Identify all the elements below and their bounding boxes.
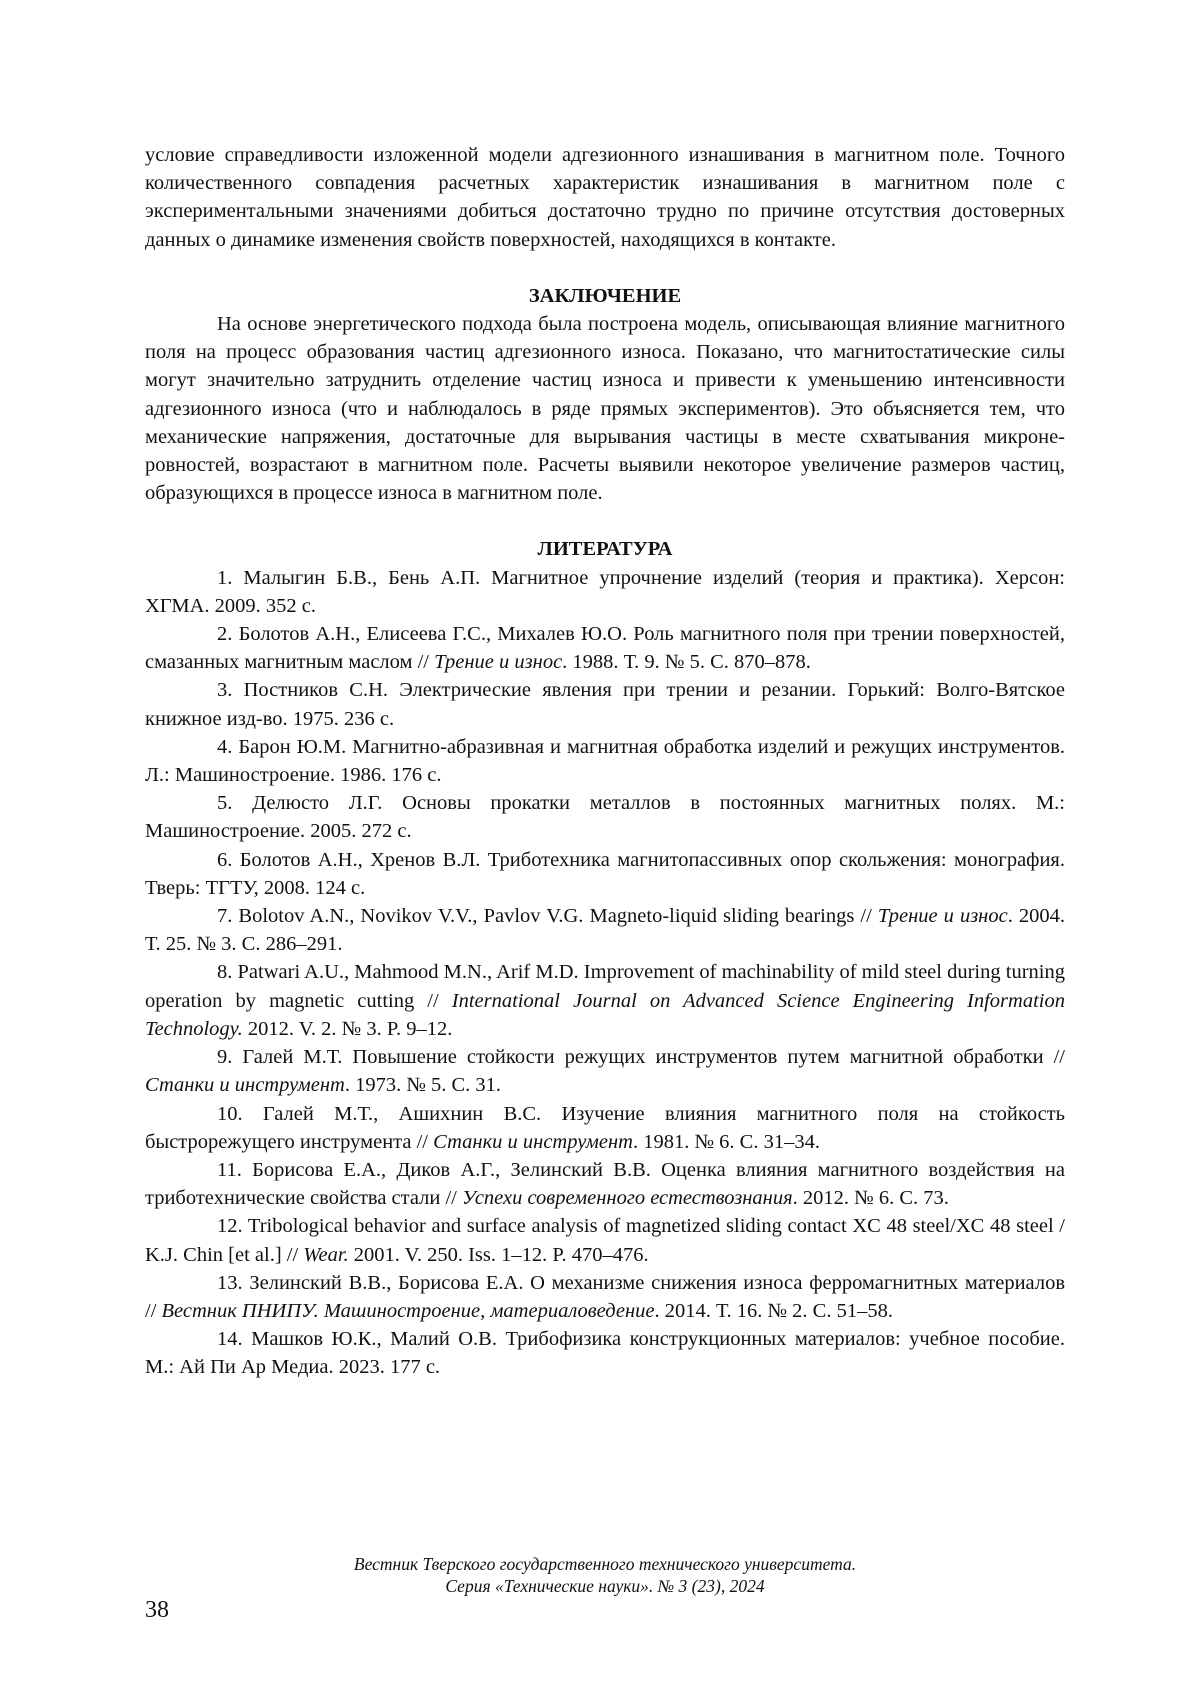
reference-text: 6. Болотов А.Н., Хренов В.Л. Триботехник… — [145, 849, 1065, 899]
reference-item: 5. Делюсто Л.Г. Основы прокатки металлов… — [145, 789, 1065, 845]
reference-details: 2001. V. 250. Iss. 1–12. P. 470–476. — [349, 1244, 649, 1266]
reference-text: 14. Машков Ю.К., Малий О.В. Трибофизика … — [145, 1328, 1065, 1378]
reference-source-title: Успехи современного естествознания — [462, 1187, 793, 1209]
reference-item: 2. Болотов А.Н., Елисеева Г.С., Михалев … — [145, 620, 1065, 676]
reference-source-title: Станки и инструмент — [433, 1131, 633, 1153]
reference-details: . 2014. Т. 16. № 2. С. 51–58. — [655, 1300, 893, 1322]
reference-text: 7. Bolotov A.N., Novikov V.V., Pavlov V.… — [217, 905, 878, 927]
reference-source-title: Трение и износ — [434, 651, 562, 673]
reference-text: 9. Галей М.Т. Повышение стойкости режущи… — [217, 1046, 1065, 1068]
reference-item: 10. Галей М.Т., Ашихнин В.С. Изучение вл… — [145, 1100, 1065, 1156]
reference-item: 12. Tribological behavior and surface an… — [145, 1212, 1065, 1268]
reference-text: 1. Малыгин Б.В., Бень А.П. Магнитное упр… — [145, 567, 1065, 617]
reference-item: 14. Машков Ю.К., Малий О.В. Трибофизика … — [145, 1325, 1065, 1381]
reference-source-title: Wear. — [303, 1244, 348, 1266]
reference-details: . 1981. № 6. С. 31–34. — [633, 1131, 820, 1153]
intro-paragraph: условие справедливости изложенной модели… — [145, 141, 1065, 254]
reference-source-title: Станки и инструмент — [145, 1074, 345, 1096]
reference-item: 4. Барон Ю.М. Магнитно-абразивная и магн… — [145, 733, 1065, 789]
conclusion-text: На основе энергетического подхода была п… — [145, 310, 1065, 507]
reference-source-title: Трение и износ — [878, 905, 1008, 927]
reference-source-title: Вестник ПНИПУ. Машиностроение, материало… — [162, 1300, 655, 1322]
reference-text: 3. Постников С.Н. Электрические явления … — [145, 679, 1065, 729]
footer-journal-title: Вестник Тверского государственного техни… — [145, 1553, 1065, 1575]
reference-list: 1. Малыгин Б.В., Бень А.П. Магнитное упр… — [145, 564, 1065, 1382]
reference-details: . 1973. № 5. С. 31. — [345, 1074, 501, 1096]
reference-item: 6. Болотов А.Н., Хренов В.Л. Триботехник… — [145, 846, 1065, 902]
reference-details: . 2012. № 6. С. 73. — [793, 1187, 949, 1209]
reference-item: 3. Постников С.Н. Электрические явления … — [145, 676, 1065, 732]
reference-item: 13. Зелинский В.В., Борисова Е.А. О меха… — [145, 1269, 1065, 1325]
footer-series-issue: Серия «Технические науки». № 3 (23), 202… — [145, 1575, 1065, 1597]
page-body: условие справедливости изложенной модели… — [145, 141, 1065, 1382]
reference-item: 11. Борисова Е.А., Диков А.Г., Зелинский… — [145, 1156, 1065, 1212]
reference-item: 9. Галей М.Т. Повышение стойкости режущи… — [145, 1043, 1065, 1099]
reference-details: . 1988. Т. 9. № 5. С. 870–878. — [562, 651, 811, 673]
conclusion-heading: ЗАКЛЮЧЕНИЕ — [145, 282, 1065, 310]
references-heading: ЛИТЕРАТУРА — [145, 535, 1065, 563]
reference-item: 1. Малыгин Б.В., Бень А.П. Магнитное упр… — [145, 564, 1065, 620]
reference-item: 7. Bolotov A.N., Novikov V.V., Pavlov V.… — [145, 902, 1065, 958]
page-number: 38 — [145, 1597, 169, 1624]
reference-item: 8. Patwari A.U., Mahmood M.N., Arif M.D.… — [145, 958, 1065, 1043]
reference-text: 5. Делюсто Л.Г. Основы прокатки металлов… — [145, 792, 1065, 842]
journal-footer: Вестник Тверского государственного техни… — [145, 1553, 1065, 1597]
reference-text: 4. Барон Ю.М. Магнитно-абразивная и магн… — [145, 736, 1065, 786]
reference-details: 2012. V. 2. № 3. P. 9–12. — [243, 1018, 453, 1040]
